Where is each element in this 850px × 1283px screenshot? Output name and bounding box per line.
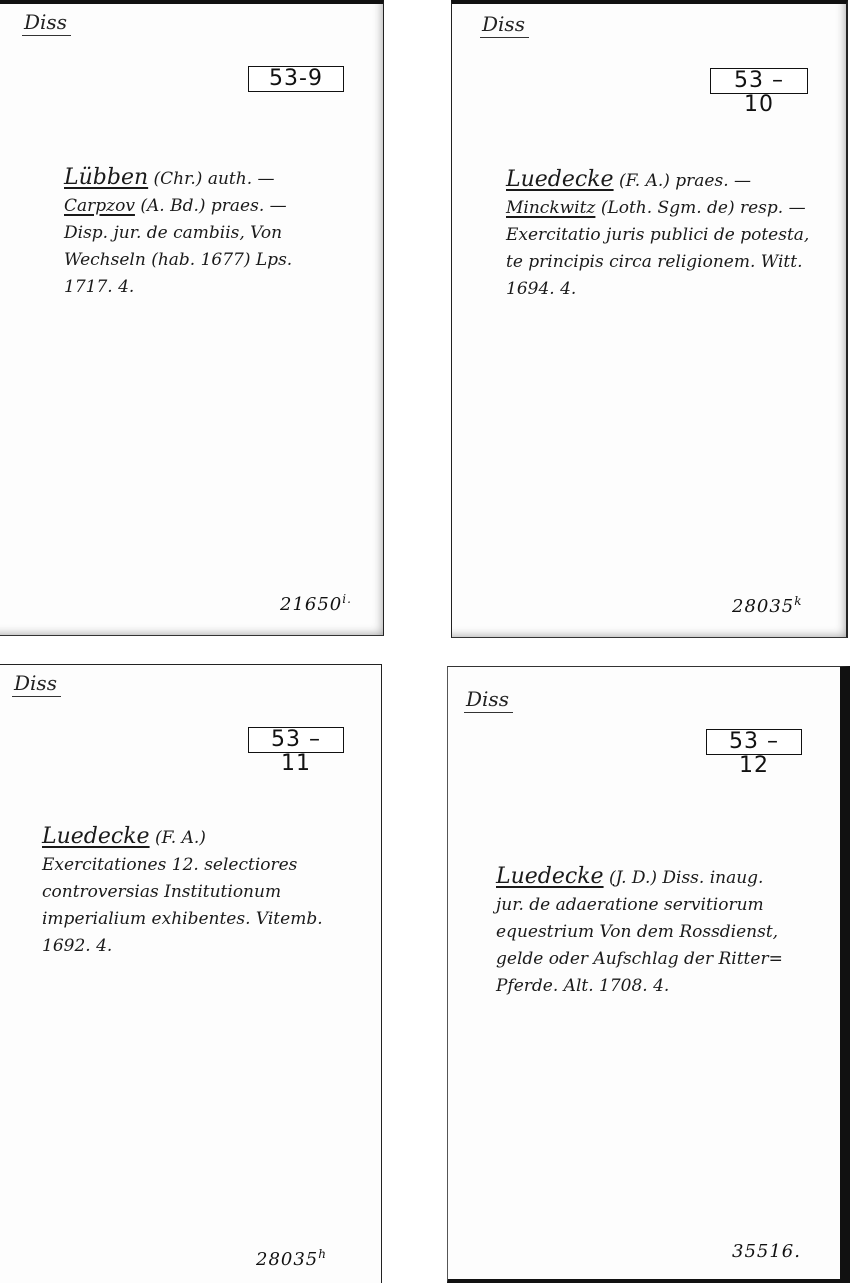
dissertation-annotation: Diss — [22, 10, 71, 36]
catalog-card-53-9: Diss 53-9 Lübben (Chr.) auth. — Carpzov … — [0, 0, 384, 636]
author-headword: Lübben — [64, 165, 148, 190]
dissertation-annotation: Diss — [480, 12, 529, 38]
catalog-entry-text: Luedecke (F. A.) Exercitationes 12. sele… — [42, 823, 323, 960]
author-headword: Luedecke — [42, 824, 150, 849]
entry-line: imperialium exhibentes. Vitemb. — [42, 906, 323, 933]
accession-number: 28035k — [732, 594, 803, 617]
call-number-label: 53-9 — [248, 66, 344, 92]
entry-line: Exercitationes 12. selectiores — [42, 852, 323, 879]
author-headword: Luedecke — [496, 864, 604, 889]
entry-line: Minckwitz (Loth. Sgm. de) resp. — — [506, 195, 809, 222]
entry-line: Exercitatio juris publici de potesta, — [506, 222, 809, 249]
accession-suffix: h — [318, 1247, 327, 1261]
call-number-label: 53 – 11 — [248, 727, 344, 753]
dissertation-annotation: Diss — [12, 671, 61, 697]
praeses-name: Carpzov — [64, 196, 135, 216]
catalog-entry-text: Lübben (Chr.) auth. — Carpzov (A. Bd.) p… — [64, 164, 292, 301]
entry-line: equestrium Von dem Rossdienst, — [496, 919, 783, 946]
respondent-name: Minckwitz — [506, 198, 595, 218]
catalog-entry-text: Luedecke (J. D.) Diss. inaug. jur. de ad… — [496, 863, 783, 1000]
author-initials: (J. D.) Diss. inaug. — [609, 868, 763, 888]
catalog-card-53-10: Diss 53 – 10 Luedecke (F. A.) praes. — M… — [451, 0, 848, 638]
entry-line: 1692. 4. — [42, 933, 323, 960]
catalog-entry-text: Luedecke (F. A.) praes. — Minckwitz (Lot… — [506, 166, 809, 303]
entry-line: Luedecke (F. A.) — [42, 823, 323, 852]
author-headword: Luedecke — [506, 167, 614, 192]
accession-number: 28035h — [256, 1247, 327, 1270]
entry-line: jur. de adaeratione servitiorum — [496, 892, 783, 919]
call-number-label: 53 – 10 — [710, 68, 808, 94]
entry-line: Disp. jur. de cambiis, Von — [64, 220, 292, 247]
entry-line: Luedecke (J. D.) Diss. inaug. — [496, 863, 783, 892]
author-initials: (F. A.) — [155, 828, 206, 848]
author-role: (Chr.) auth. — — [154, 169, 275, 189]
author-role: (F. A.) praes. — — [619, 171, 751, 191]
dissertation-annotation: Diss — [464, 687, 513, 713]
entry-line: gelde oder Aufschlag der Ritter= — [496, 946, 783, 973]
accession-number: 35516. — [732, 1239, 801, 1262]
entry-line: Carpzov (A. Bd.) praes. — — [64, 193, 292, 220]
accession-number: 21650i. — [280, 592, 352, 615]
praeses-role: (A. Bd.) praes. — — [140, 196, 286, 216]
call-number-label: 53 – 12 — [706, 729, 802, 755]
entry-line: Luedecke (F. A.) praes. — — [506, 166, 809, 195]
catalog-card-53-11: Diss 53 – 11 Luedecke (F. A.) Exercitati… — [0, 664, 382, 1283]
catalog-card-53-12: Diss 53 – 12 Luedecke (J. D.) Diss. inau… — [447, 666, 850, 1283]
entry-line: 1717. 4. — [64, 274, 292, 301]
accession-suffix: k — [794, 594, 802, 608]
entry-line: Lübben (Chr.) auth. — — [64, 164, 292, 193]
entry-line: te principis circa religionem. Witt. — [506, 249, 809, 276]
entry-line: 1694. 4. — [506, 276, 809, 303]
entry-line: Pferde. Alt. 1708. 4. — [496, 973, 783, 1000]
entry-line: controversias Institutionum — [42, 879, 323, 906]
accession-suffix: i. — [342, 592, 352, 606]
entry-line: Wechseln (hab. 1677) Lps. — [64, 247, 292, 274]
respondent-role: (Loth. Sgm. de) resp. — — [601, 198, 806, 218]
